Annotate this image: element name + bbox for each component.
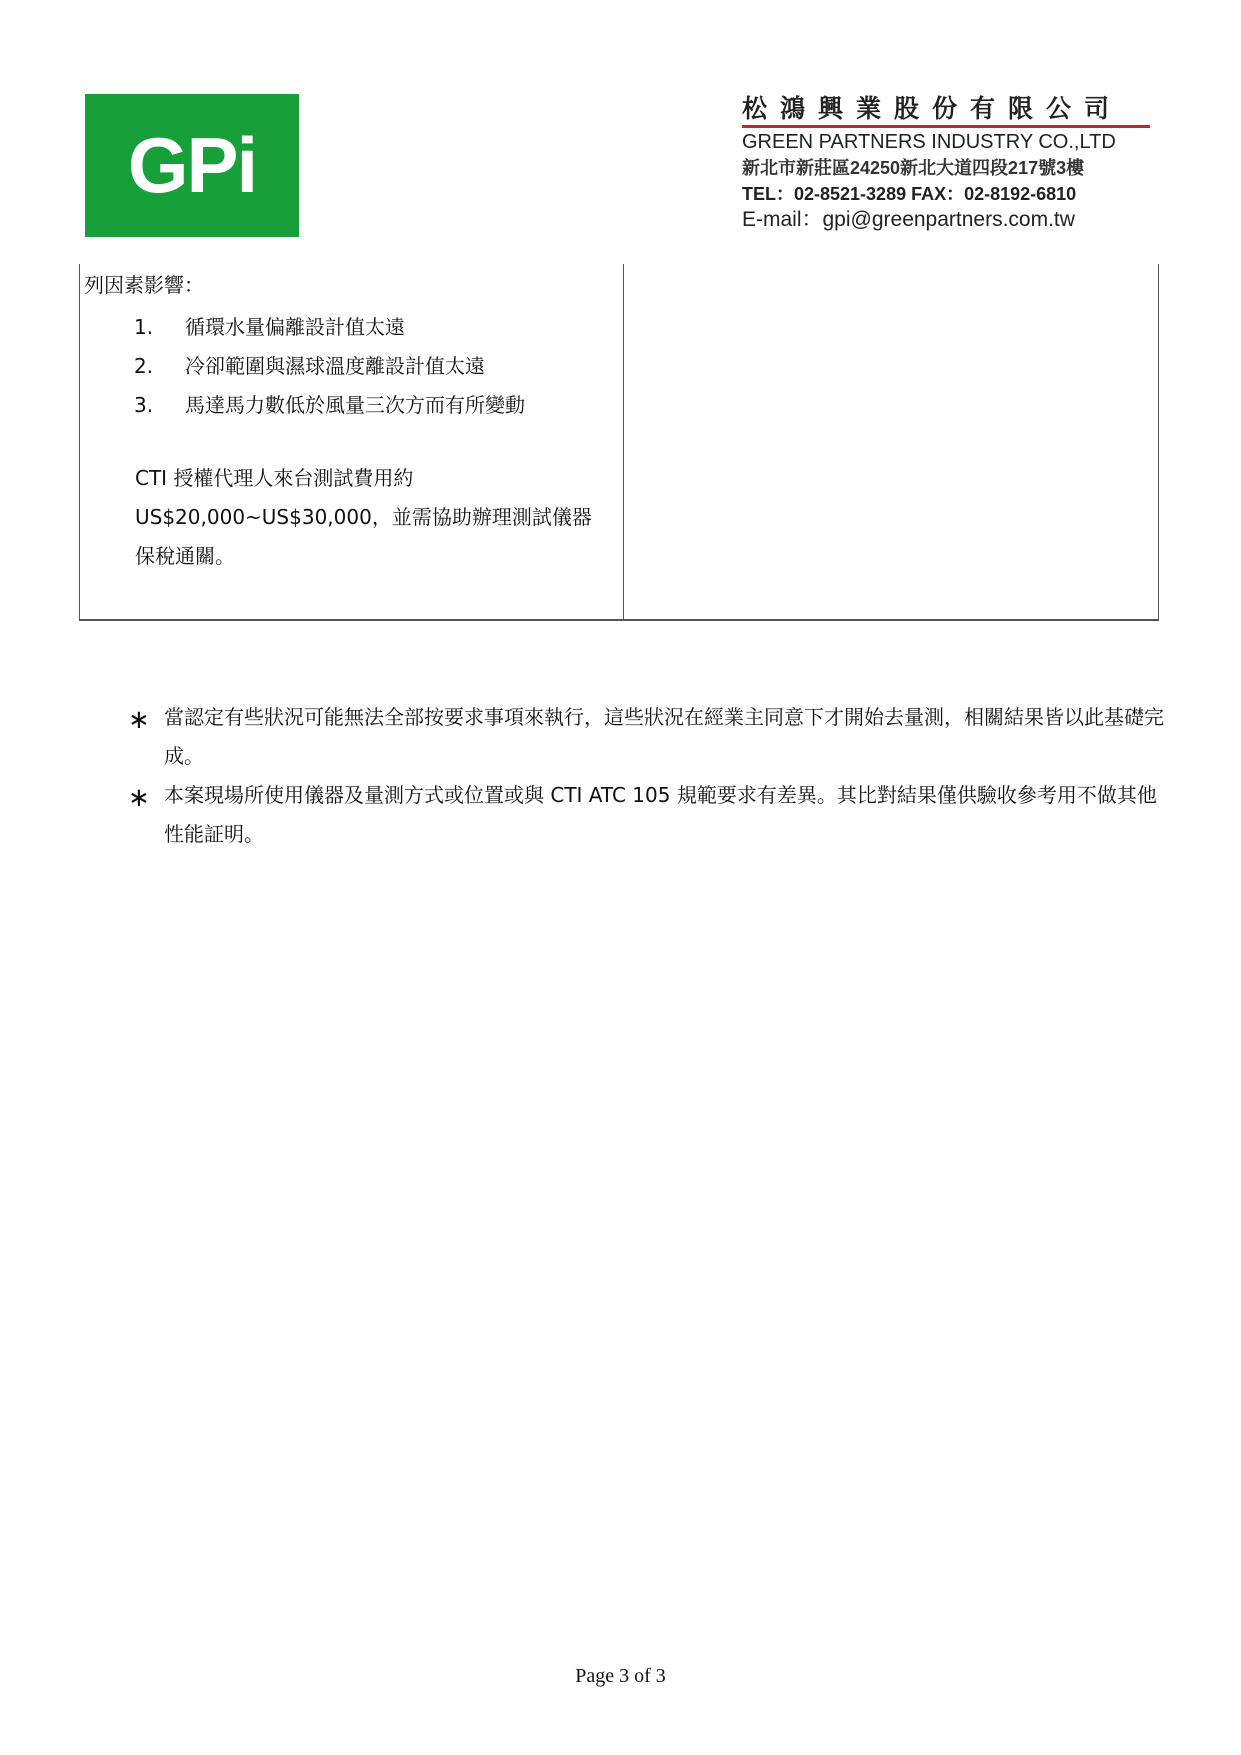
company-logo: GPi [85,94,299,237]
company-letterhead: 松鴻興業股份有限公司 GREEN PARTNERS INDUSTRY CO.,L… [742,94,1150,233]
note-item: ∗ 本案現場所使用儀器及量測方式或位置或與 CTI ATC 105 規範要求有差… [128,776,1168,854]
fee-line: 保稅通關。 [135,537,624,576]
page-footer: Page 3 of 3 [0,1665,1241,1688]
factor-list: 1. 循環水量偏離設計值太遠 2. 冷卻範圍與濕球溫度離設計值太遠 3. 馬達馬… [134,308,624,425]
list-number: 1. [134,308,185,347]
list-text: 冷卻範圍與濕球溫度離設計值太遠 [185,347,485,386]
list-number: 3. [134,386,185,425]
company-email: E-mail：gpi@greenpartners.com.tw [742,207,1150,233]
test-fee-paragraph: CTI 授權代理人來台測試費用約 US$20,000~US$30,000，並需協… [135,459,624,576]
asterisk-bullet-icon: ∗ [128,776,164,854]
list-item: 3. 馬達馬力數低於風量三次方而有所變動 [134,386,624,425]
list-item: 1. 循環水量偏離設計值太遠 [134,308,624,347]
company-address: 新北市新莊區24250新北大道四段217號3樓 [742,155,1150,181]
list-item: 2. 冷卻範圍與濕球溫度離設計值太遠 [134,347,624,386]
notes-section: ∗ 當認定有些狀況可能無法全部按要求事項來執行，這些狀況在經業主同意下才開始去量… [128,698,1168,854]
company-name-cn: 松鴻興業股份有限公司 [742,94,1150,128]
fee-line: CTI 授權代理人來台測試費用約 [135,459,624,498]
factors-intro: 列因素影響： [84,270,624,300]
company-phone-fax: TEL：02-8521-3289 FAX：02-8192-6810 [742,181,1150,207]
note-text: 本案現場所使用儀器及量測方式或位置或與 CTI ATC 105 規範要求有差異。… [164,776,1168,854]
table-cell-left: 列因素影響： 1. 循環水量偏離設計值太遠 2. 冷卻範圍與濕球溫度離設計值太遠… [84,270,624,576]
list-text: 馬達馬力數低於風量三次方而有所變動 [185,386,525,425]
list-text: 循環水量偏離設計值太遠 [185,308,405,347]
content-table: 列因素影響： 1. 循環水量偏離設計值太遠 2. 冷卻範圍與濕球溫度離設計值太遠… [79,264,1159,621]
note-text: 當認定有些狀況可能無法全部按要求事項來執行，這些狀況在經業主同意下才開始去量測，… [164,698,1168,776]
company-name-en: GREEN PARTNERS INDUSTRY CO.,LTD [742,129,1150,155]
page-number: Page 3 of 3 [575,1665,666,1687]
note-item: ∗ 當認定有些狀況可能無法全部按要求事項來執行，這些狀況在經業主同意下才開始去量… [128,698,1168,776]
list-number: 2. [134,347,185,386]
asterisk-bullet-icon: ∗ [128,698,164,776]
fee-line: US$20,000~US$30,000，並需協助辦理測試儀器 [135,498,624,537]
logo-text: GPi [128,120,256,211]
